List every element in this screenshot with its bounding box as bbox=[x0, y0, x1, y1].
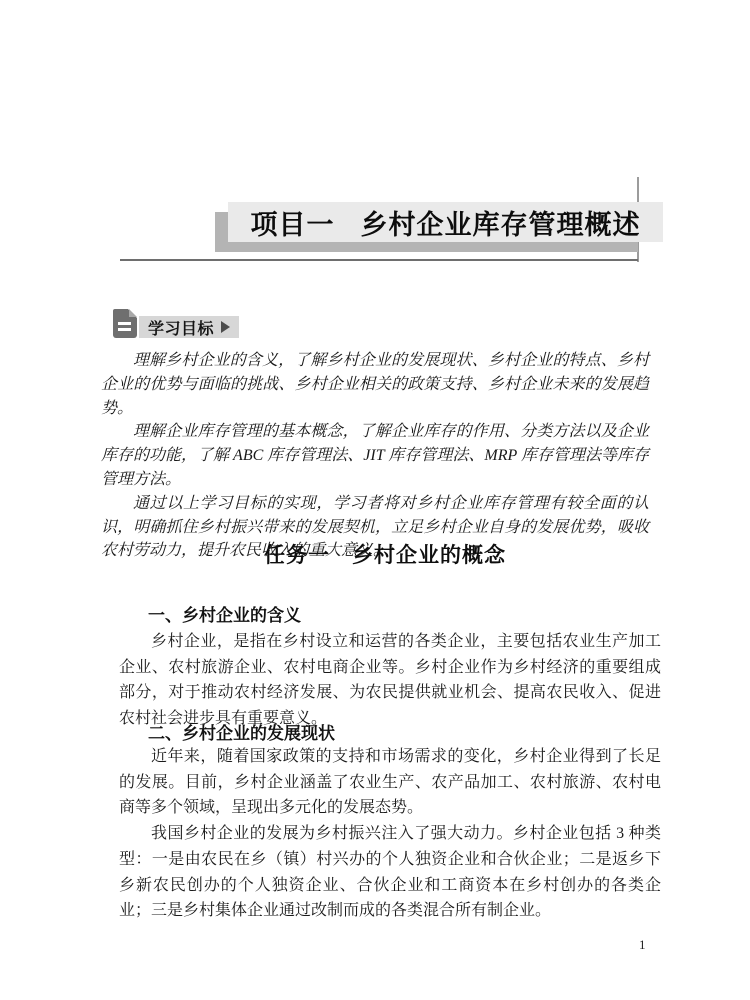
section-heading-2: 二、乡村企业的发展现状 bbox=[148, 719, 335, 744]
book-page: 项目一 乡村企业库存管理概述 学习目标 理解乡村企业的含义，了解乡村企业的发展现… bbox=[0, 0, 750, 1000]
document-icon-line bbox=[118, 322, 131, 325]
page-number: 1 bbox=[639, 937, 646, 953]
body-paragraph: 近年来，随着国家政策的支持和市场需求的变化，乡村企业得到了长足的发展。目前，乡村… bbox=[119, 744, 661, 821]
chapter-title: 乡村企业库存管理概述 bbox=[361, 203, 641, 242]
objectives-text-block: 理解乡村企业的含义，了解乡村企业的发展现状、乡村企业的特点、乡村企业的优势与面临… bbox=[101, 349, 649, 563]
chapter-label: 项目一 bbox=[251, 203, 335, 242]
objectives-paragraph: 理解企业库存管理的基本概念，了解企业库存的作用、分类方法以及企业库存的功能，了解… bbox=[101, 420, 649, 491]
document-icon bbox=[113, 309, 137, 338]
section-1-body: 乡村企业，是指在乡村设立和运营的各类企业，主要包括农业生产加工企业、农村旅游企业… bbox=[119, 629, 661, 732]
objectives-badge: 学习目标 bbox=[139, 316, 239, 338]
section-heading-1: 一、乡村企业的含义 bbox=[148, 601, 301, 626]
body-paragraph: 乡村企业，是指在乡村设立和运营的各类企业，主要包括农业生产加工企业、农村旅游企业… bbox=[119, 629, 661, 732]
document-icon-fold bbox=[129, 309, 137, 317]
objectives-badge-label: 学习目标 bbox=[139, 316, 214, 339]
play-arrow-icon bbox=[221, 321, 230, 333]
header-horizontal-rule bbox=[120, 259, 638, 261]
body-paragraph: 我国乡村企业的发展为乡村振兴注入了强大动力。乡村企业包括 3 种类型：一是由农民… bbox=[119, 821, 661, 924]
document-icon-line bbox=[118, 328, 131, 331]
chapter-title-box: 项目一 乡村企业库存管理概述 bbox=[228, 202, 663, 242]
section-2-body: 近年来，随着国家政策的支持和市场需求的变化，乡村企业得到了长足的发展。目前，乡村… bbox=[119, 744, 661, 924]
task-title: 任务一 乡村企业的概念 bbox=[120, 539, 650, 569]
objectives-paragraph: 理解乡村企业的含义，了解乡村企业的发展现状、乡村企业的特点、乡村企业的优势与面临… bbox=[101, 349, 649, 420]
